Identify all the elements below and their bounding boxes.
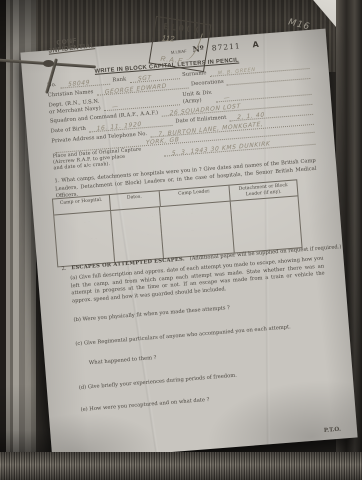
rank-value: SGT [137, 74, 151, 82]
dept-value: — [112, 103, 119, 111]
unit-div-value: — [224, 94, 231, 102]
rank-label: Rank [112, 77, 127, 85]
serial-suffix: A [252, 40, 259, 49]
questionnaire-page: M.I.9/AF Nº 87211 A WRITE IN BLOCK CAPIT… [20, 29, 357, 462]
block-number-handwriting: 112 [161, 34, 175, 44]
photo-stage: M.I.9/AF Nº 87211 A WRITE IN BLOCK CAPIT… [0, 0, 362, 480]
question-2e-text: (e) How were you recaptured and on what … [80, 387, 334, 414]
question-2c2-text: What happened to them ? [89, 341, 331, 367]
block-stamp: BLOCK 112 R.A.F. [149, 16, 212, 72]
string-knot [43, 60, 54, 67]
pto-label: P.T.O. [324, 427, 342, 434]
question-2d-text: (d) Give briefly your experiences during… [79, 365, 333, 392]
decorations-label: Decorations [191, 79, 224, 88]
serial-number: 87211 [211, 41, 240, 52]
paper-stack-bottom-edge [0, 452, 362, 480]
christian-names-label: Christian Names [48, 89, 94, 99]
q2-number: 2. [61, 266, 66, 272]
